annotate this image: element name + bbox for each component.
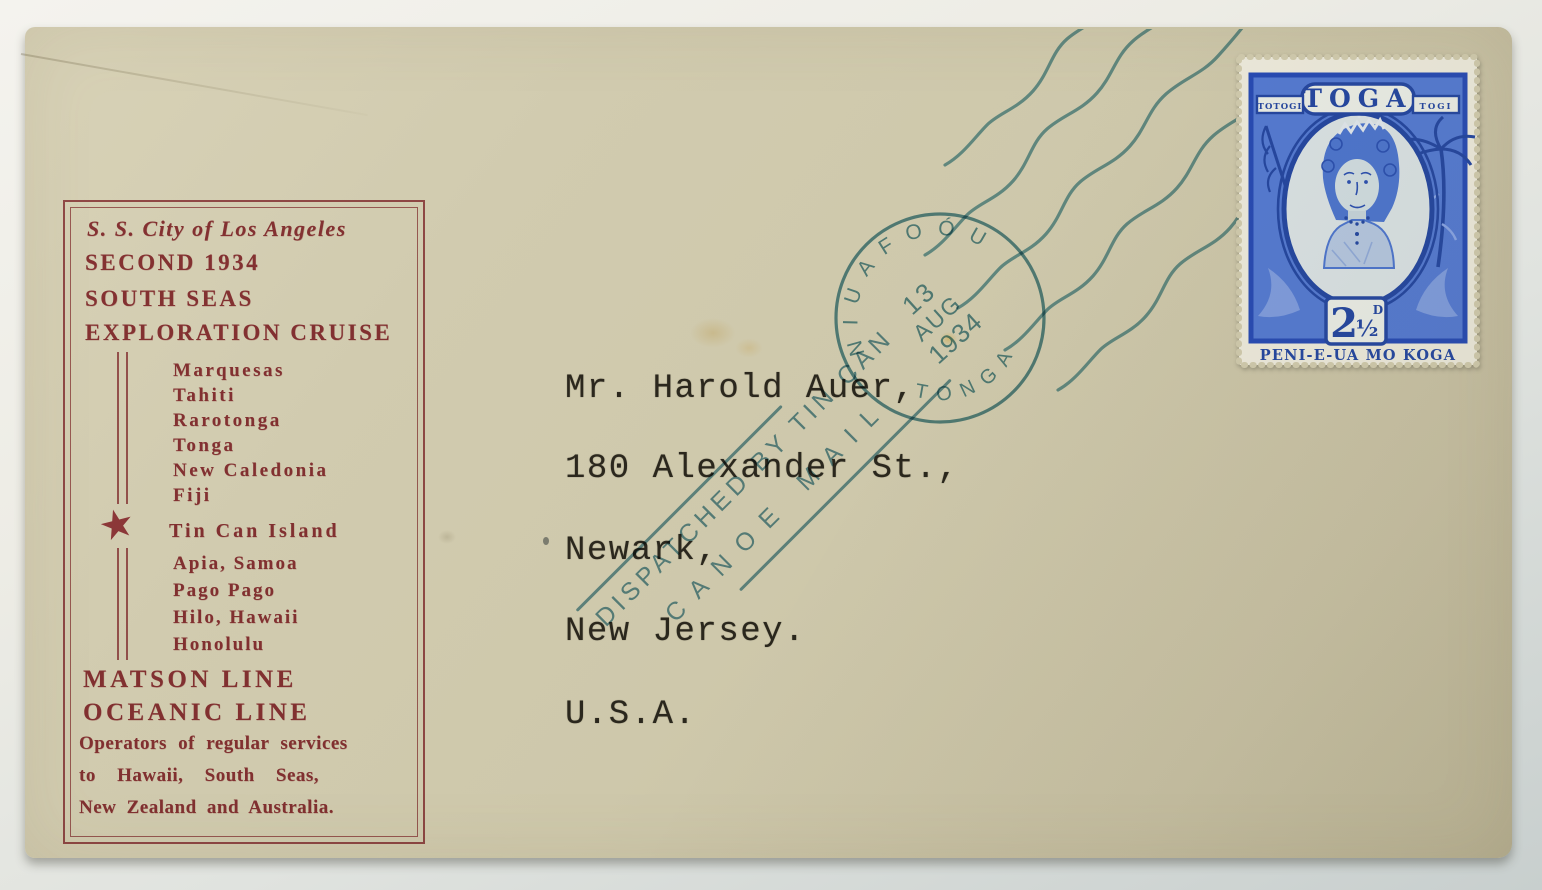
cover-photo: S. S. City of Los Angeles SECOND 1934 SO… xyxy=(0,0,1542,890)
port-item: Pago Pago xyxy=(173,580,276,602)
cachet-footer-line: to Hawaii, South Seas, xyxy=(79,765,319,787)
port-item: Rarotonga xyxy=(173,410,282,432)
cachet-title-line: EXPLORATION CRUISE xyxy=(85,320,392,346)
port-item: Marquesas xyxy=(173,360,285,382)
cachet-footer-line: New Zealand and Australia. xyxy=(79,797,334,819)
ink-speck xyxy=(543,537,549,545)
stamp-ribbon-left: TOTOGI xyxy=(1258,102,1303,112)
stamp-inscription: PENI-E-UA MO KOGA xyxy=(1260,347,1456,364)
stamp-ribbon-right: TOGI xyxy=(1420,102,1453,112)
shipping-line: OCEANIC LINE xyxy=(83,699,310,727)
stamp-value-unit: D xyxy=(1373,303,1383,317)
port-item: Tonga xyxy=(173,435,236,457)
port-item: Hilo, Hawaii xyxy=(173,607,299,629)
handstamp-rule xyxy=(576,405,783,612)
cruise-cachet-box: S. S. City of Los Angeles SECOND 1934 SO… xyxy=(63,200,425,844)
shipping-line: MATSON LINE xyxy=(83,666,297,694)
starred-port: Tin Can Island xyxy=(169,520,340,543)
port-item: Apia, Samoa xyxy=(173,553,298,575)
cachet-footer-line: Operators of regular services xyxy=(79,733,348,755)
stamp-value: 2 xyxy=(1330,300,1358,347)
address-line: U.S.A. xyxy=(565,696,696,734)
cachet-title-line: SOUTH SEAS xyxy=(85,286,254,312)
port-item: Honolulu xyxy=(173,634,265,656)
port-item: New Caledonia xyxy=(173,460,328,482)
port-item: Tahiti xyxy=(173,385,236,407)
stain xyxy=(438,530,456,544)
stain xyxy=(690,318,736,348)
stain xyxy=(735,338,763,358)
cachet-vertical-rule xyxy=(117,352,128,504)
cachet-vertical-rule xyxy=(117,548,128,660)
stamp-country: TOGA xyxy=(1303,84,1412,113)
cachet-title-line: SECOND 1934 xyxy=(85,250,260,276)
port-item: Fiji xyxy=(173,485,212,507)
envelope: S. S. City of Los Angeles SECOND 1934 SO… xyxy=(25,27,1512,858)
cachet-ship-name: S. S. City of Los Angeles xyxy=(87,216,347,242)
flap-crease xyxy=(21,53,368,116)
postage-stamp: TOGA TOTOGI TOGI 2 ½ D PENI-E-UA MO KOGA xyxy=(1236,54,1480,368)
stamp-value-fraction: ½ xyxy=(1356,316,1379,342)
